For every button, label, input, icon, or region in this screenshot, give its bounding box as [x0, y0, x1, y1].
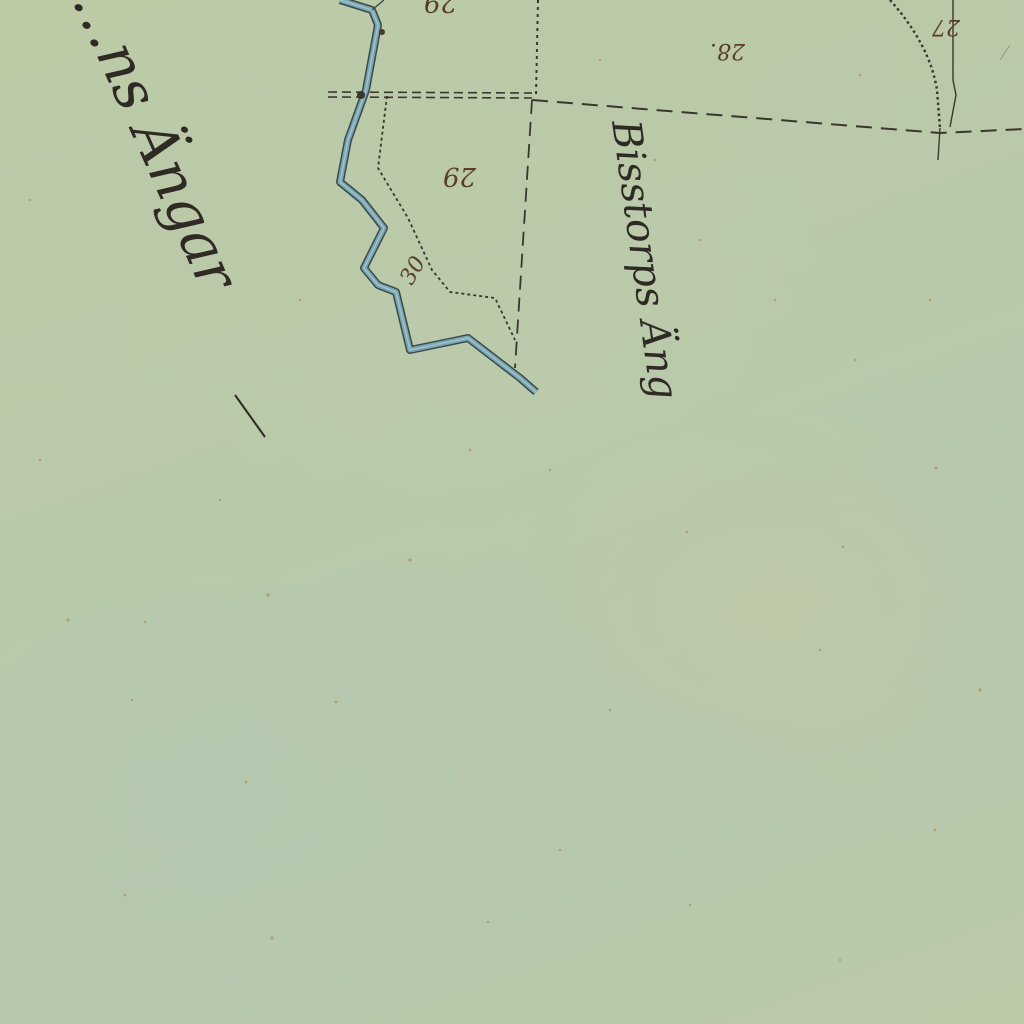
label-meadow-right: Bisstorps Äng — [602, 116, 687, 402]
property-line-vertical-dashed — [515, 100, 532, 368]
label-flourish-left — [235, 395, 265, 437]
cadastral-map: 29 28. 27 29 30 …ns Ängar Bisstorps Äng — [0, 0, 1024, 1024]
parcel-number-27: 27 — [932, 14, 961, 39]
stream — [340, 0, 536, 392]
faint-line-right — [1000, 45, 1010, 60]
map-canvas: 29 28. 27 29 30 …ns Ängar Bisstorps Äng — [0, 0, 1024, 1024]
parcel-boundary-dotted — [536, 0, 538, 95]
label-meadow-left: …ns Ängar — [59, 0, 254, 303]
parcel-number-29-top: 29 — [424, 0, 458, 17]
parcel-number-29: 29 — [443, 161, 477, 191]
parcel-number-28: 28. — [710, 38, 746, 63]
